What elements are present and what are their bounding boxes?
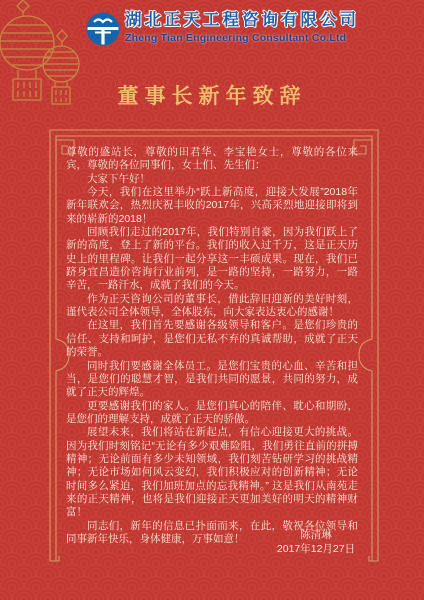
header: 湖北正天工程咨询有限公司 Zheng Tian Engineering Cons… (86, 10, 359, 52)
signature-date: 2017年12月27日 (246, 543, 386, 557)
letter-paragraph: 在这里，我们首先要感谢各级领导和客户。是您们珍贵的信任、支持和呵护，是您们无私不… (66, 319, 358, 359)
company-name-en: Zheng Tian Engineering Consultant Co.Ltd (125, 32, 359, 45)
company-names: 湖北正天工程咨询有限公司 Zheng Tian Engineering Cons… (125, 10, 359, 45)
letter-paragraph: 同时我们要感谢全体员工。是您们宝贵的心血、辛苦和担当，是您们的聪慧才智，是我们共… (66, 360, 358, 400)
letter-paragraph: 尊敬的盛站长，尊敬的田君华、李宝艳女士，尊敬的各位来宾，尊敬的各位同事们，女士们… (66, 146, 358, 173)
letter-paragraph: 更要感谢我们的家人。是您们真心的陪伴、耽心和期盼，是您们的理解支持，成就了正天的… (66, 400, 358, 427)
letter-paragraph: 作为正天咨询公司的董事长，借此辞旧迎新的美好时刻，谨代表公司全体领导，全体股东，… (66, 293, 358, 320)
letter-paragraph: 展望未来，我们将站在新起点，有信心迎接更大的挑战。因为我们时刻铭记“无论有多少艰… (66, 426, 358, 519)
letter-paragraph: 大家下午好！ (66, 173, 358, 186)
zhengtian-company-logo (86, 12, 120, 52)
new-year-greeting-poster: 湖北正天工程咨询有限公司 Zheng Tian Engineering Cons… (0, 0, 424, 600)
signature-name: 陈清琳 (246, 529, 386, 543)
company-name-cn: 湖北正天工程咨询有限公司 (125, 10, 359, 30)
page-title: 董事长新年致辞 (0, 80, 424, 110)
letter-paragraph: 回顾我们走过的2017年，我们特别自豪，因为我们跃上了新的高度，登上了新的平台。… (66, 226, 358, 293)
signature-block: 陈清琳 2017年12月27日 (246, 529, 386, 556)
letter-body: 尊敬的盛站长，尊敬的田君华、李宝艳女士，尊敬的各位来宾，尊敬的各位同事们，女士们… (66, 146, 358, 546)
letter-paragraph: 今天，我们在这里举办“跃上新高度，迎接大发展”2018年新年联欢会，热烈庆祝丰收… (66, 186, 358, 226)
